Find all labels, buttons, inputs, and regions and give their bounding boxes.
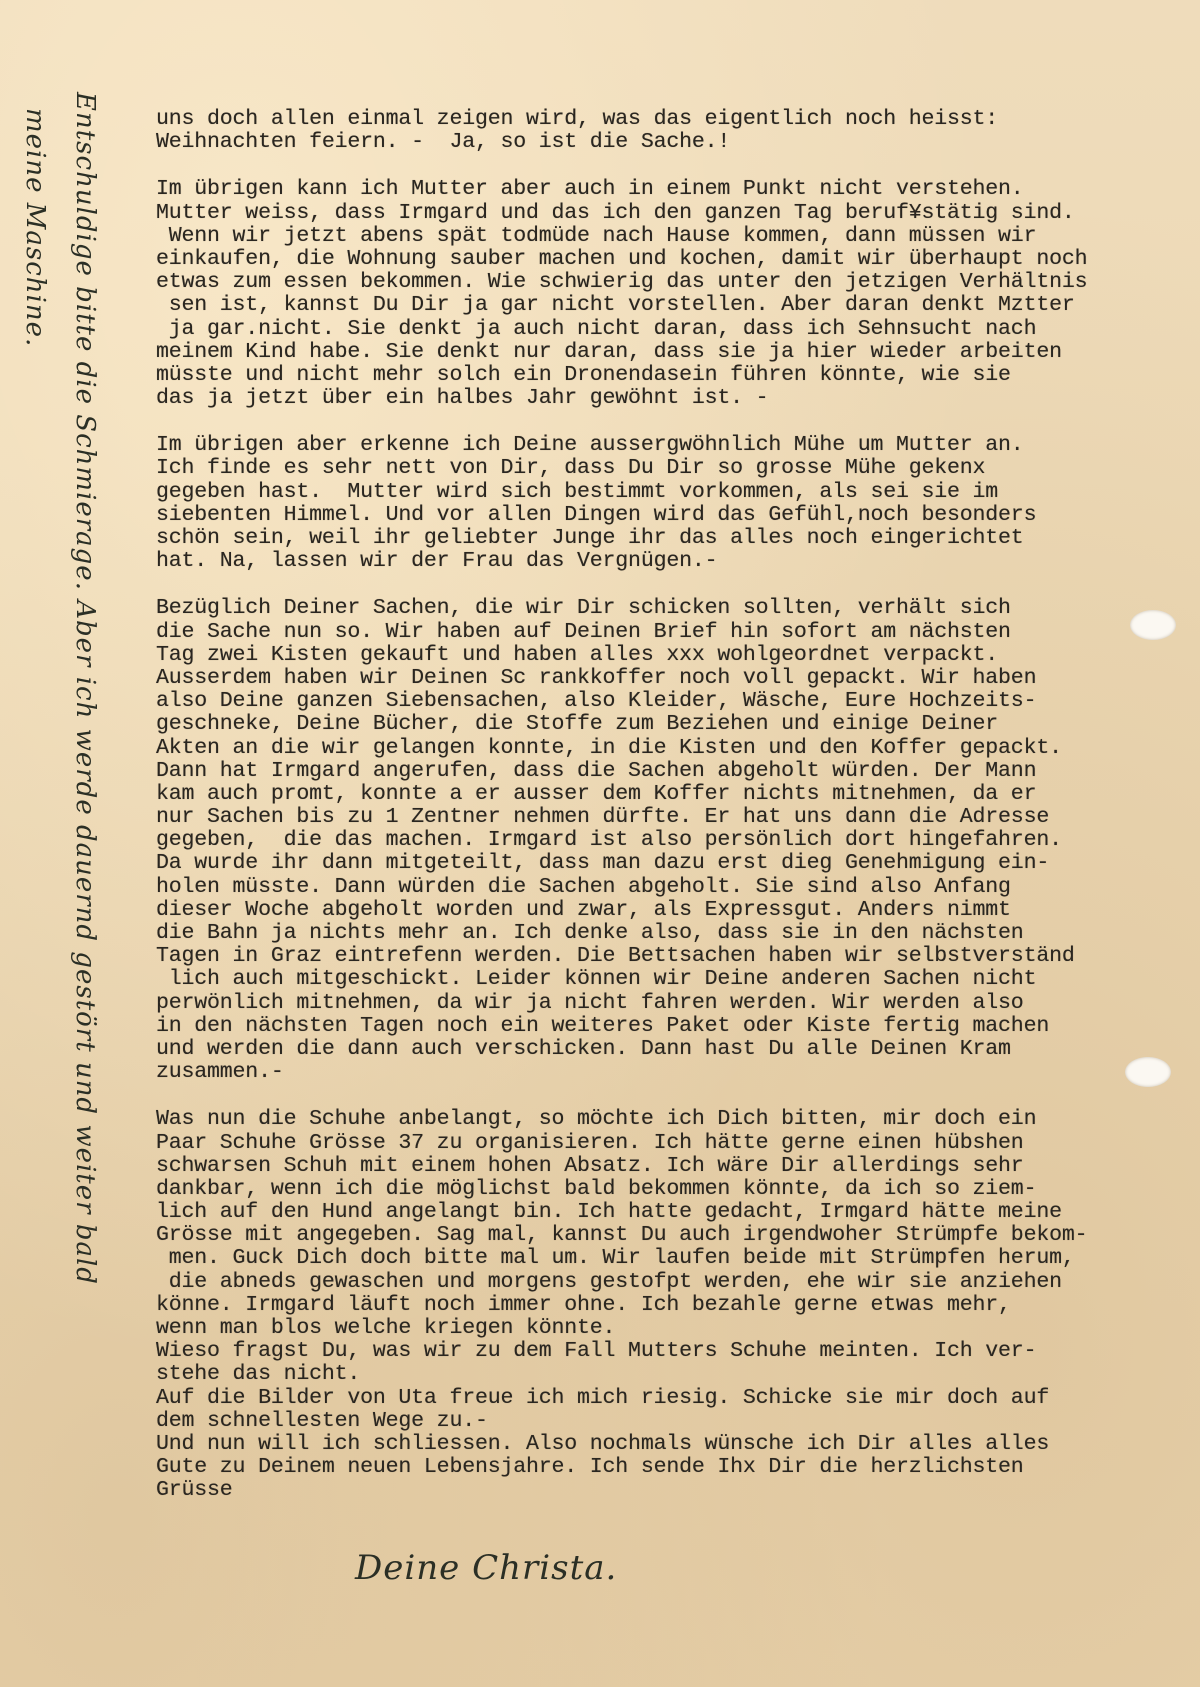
typed-line: Mutter weiss, dass Irmgard und das ich d… — [156, 202, 1196, 225]
signature: Deine Christa. — [355, 1548, 617, 1588]
typed-line: men. Guck Dich doch bitte mal um. Wir la… — [156, 1247, 1196, 1270]
typed-line: meinem Kind habe. Sie denkt nur daran, d… — [156, 341, 1196, 364]
typed-line: Ausserdem haben wir Deinen Sc rankkoffer… — [156, 667, 1196, 690]
typed-line: und werden die dann auch verschicken. Da… — [156, 1038, 1196, 1061]
typed-line: Grüsse — [156, 1479, 1196, 1502]
typed-line: Grösse mit angegeben. Sag mal, kannst Du… — [156, 1224, 1196, 1247]
typed-line: das ja jetzt über ein halbes Jahr gewöhn… — [156, 387, 1196, 410]
letter-page: Entschuldige bitte die Schmierage. Aber … — [0, 0, 1200, 1687]
typed-line: lich auf den Hund angelangt bin. Ich hat… — [156, 1201, 1196, 1224]
typed-line: stehe das nicht. — [156, 1363, 1196, 1386]
typed-line: Wenn wir jetzt abens spät todmüde nach H… — [156, 225, 1196, 248]
typed-line: lich auch mitgeschickt. Leider können wi… — [156, 968, 1196, 991]
typed-line: die Sache nun so. Wir haben auf Deinen B… — [156, 621, 1196, 644]
typed-line: dankbar, wenn ich die möglichst bald bek… — [156, 1178, 1196, 1201]
typed-line: gegeben hast. Mutter wird sich bestimmt … — [156, 481, 1196, 504]
handwritten-margin-note-1: Entschuldige bitte die Schmierage. Aber … — [70, 92, 100, 1285]
typed-line: ja gar.nicht. Sie denkt ja auch nicht da… — [156, 318, 1196, 341]
typed-line: Im übrigen aber erkenne ich Deine ausser… — [156, 434, 1196, 457]
typed-line: Akten an die wir gelangen konnte, in die… — [156, 737, 1196, 760]
paragraph-spacer — [156, 154, 1196, 178]
typed-line: die abneds gewaschen und morgens gestofp… — [156, 1271, 1196, 1294]
typed-line: Da wurde ihr dann mitgeteilt, dass man d… — [156, 852, 1196, 875]
typed-line: schön sein, weil ihr geliebter Junge ihr… — [156, 527, 1196, 550]
typed-line: uns doch allen einmal zeigen wird, was d… — [156, 108, 1196, 131]
paragraph-spacer — [156, 573, 1196, 597]
letter-paragraph: Bezüglich Deiner Sachen, die wir Dir sch… — [156, 597, 1196, 1084]
letter-body: uns doch allen einmal zeigen wird, was d… — [156, 108, 1196, 1503]
letter-paragraph: Im übrigen kann ich Mutter aber auch in … — [156, 178, 1196, 410]
typed-line: nur Sachen bis zu 1 Zentner nehmen dürft… — [156, 806, 1196, 829]
paragraph-spacer — [156, 410, 1196, 434]
typed-line: Weihnachten feiern. - Ja, so ist die Sac… — [156, 131, 1196, 154]
typed-line: wenn man blos welche kriegen könnte. — [156, 1317, 1196, 1340]
typed-line: Wieso fragst Du, was wir zu dem Fall Mut… — [156, 1340, 1196, 1363]
typed-line: schwarsen Schuh mit einem hohen Absatz. … — [156, 1155, 1196, 1178]
typed-line: könne. Irmgard läuft noch immer ohne. Ic… — [156, 1294, 1196, 1317]
typed-line: müsste und nicht mehr solch ein Dronenda… — [156, 364, 1196, 387]
typed-line: Tag zwei Kisten gekauft und haben alles … — [156, 644, 1196, 667]
handwritten-margin-note-2: meine Maschine. — [20, 108, 50, 347]
letter-paragraph: Was nun die Schuhe anbelangt, so möchte … — [156, 1108, 1196, 1502]
typed-line: die Bahn ja nichts mehr an. Ich denke al… — [156, 922, 1196, 945]
typed-line: Bezüglich Deiner Sachen, die wir Dir sch… — [156, 597, 1196, 620]
typed-line: dieser Woche abgeholt worden und zwar, a… — [156, 899, 1196, 922]
typed-line: siebenten Himmel. Und vor allen Dingen w… — [156, 504, 1196, 527]
letter-paragraph: uns doch allen einmal zeigen wird, was d… — [156, 108, 1196, 154]
typed-line: Ich finde es sehr nett von Dir, dass Du … — [156, 457, 1196, 480]
typed-line: kam auch promt, konnte a er ausser dem K… — [156, 783, 1196, 806]
typed-line: gegeben, die das machen. Irmgard ist als… — [156, 829, 1196, 852]
typed-line: Paar Schuhe Grösse 37 zu organisieren. I… — [156, 1132, 1196, 1155]
typed-line: also Deine ganzen Siebensachen, also Kle… — [156, 690, 1196, 713]
typed-line: hat. Na, lassen wir der Frau das Vergnüg… — [156, 550, 1196, 573]
punch-hole — [1125, 1057, 1171, 1087]
letter-paragraph: Im übrigen aber erkenne ich Deine ausser… — [156, 434, 1196, 573]
typed-line: Auf die Bilder von Uta freue ich mich ri… — [156, 1387, 1196, 1410]
typed-line: Tagen in Graz eintrefenn werden. Die Bet… — [156, 945, 1196, 968]
typed-line: Was nun die Schuhe anbelangt, so möchte … — [156, 1108, 1196, 1131]
paragraph-spacer — [156, 1084, 1196, 1108]
typed-line: etwas zum essen bekommen. Wie schwierig … — [156, 271, 1196, 294]
typed-line: Im übrigen kann ich Mutter aber auch in … — [156, 178, 1196, 201]
typed-line: perwönlich mitnehmen, da wir ja nicht fa… — [156, 992, 1196, 1015]
typed-line: dem schnellesten Wege zu.- — [156, 1410, 1196, 1433]
typed-line: Dann hat Irmgard angerufen, dass die Sac… — [156, 760, 1196, 783]
typed-line: in den nächsten Tagen noch ein weiteres … — [156, 1015, 1196, 1038]
typed-line: holen müsste. Dann würden die Sachen abg… — [156, 876, 1196, 899]
punch-hole — [1130, 610, 1176, 640]
typed-line: einkaufen, die Wohnung sauber machen und… — [156, 248, 1196, 271]
typed-line: sen ist, kannst Du Dir ja gar nicht vors… — [156, 294, 1196, 317]
typed-line: Gute zu Deinem neuen Lebensjahre. Ich se… — [156, 1456, 1196, 1479]
typed-line: geschneke, Deine Bücher, die Stoffe zum … — [156, 713, 1196, 736]
typed-line: zusammen.- — [156, 1061, 1196, 1084]
typed-line: Und nun will ich schliessen. Also nochma… — [156, 1433, 1196, 1456]
